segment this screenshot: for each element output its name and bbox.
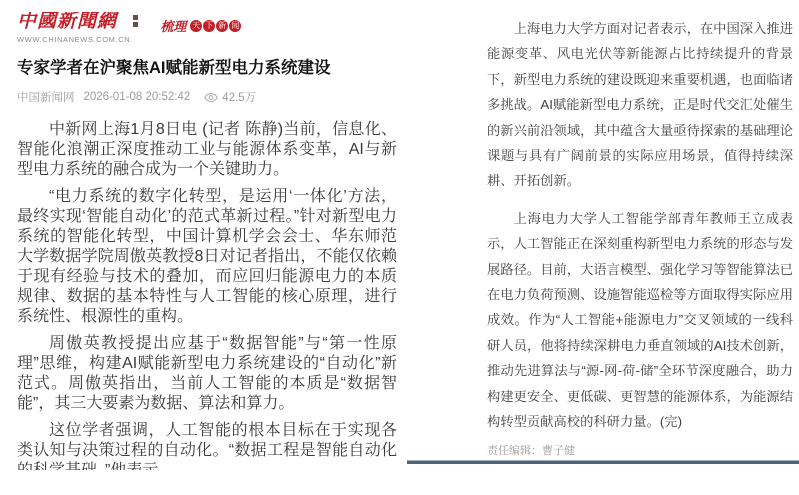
slogan-seal: 天 [190, 20, 202, 32]
article-paragraph: 上海电力大学方面对记者表示，在中国深入推进能源变革、风电光伏等新能源占比持续提升… [487, 16, 793, 194]
article-paragraph: 这位学者强调，人工智能的根本目标在于实现各类认知与决策过程的自动化。“数据工程是… [17, 421, 397, 470]
site-header: 中國新聞網 WWW.CHINANEWS.COM.CN 梳理 天下新闻 [17, 12, 397, 44]
eye-icon [204, 92, 218, 103]
article-title: 专家学者在沪聚焦AI赋能新型电力系统建设 [17, 57, 397, 79]
footer-divider [407, 460, 799, 464]
editor-credit: 责任编辑：曹子健 [487, 442, 575, 458]
view-count: 42.5万 [222, 89, 256, 105]
article-body-left: 中新网上海1月8日电 (记者 陈静)当前，信息化、智能化浪潮正深度推动工业与能源… [17, 120, 397, 470]
article-paragraph: 上海电力大学人工智能学部青年教师王立成表示，人工智能正在深刻重构新型电力系统的形… [487, 206, 793, 435]
slogan-seal-icons: 天下新闻 [190, 20, 241, 32]
article-paragraph: 周傲英教授提出应基于“数据智能”与“第一性原理”思维，构建AI赋能新型电力系统建… [17, 334, 397, 414]
article-left-column: 中國新聞網 WWW.CHINANEWS.COM.CN 梳理 天下新闻 专家学者在… [17, 12, 397, 470]
article-right-column: 上海电力大学方面对记者表示，在中国深入推进能源变革、风电光伏等新能源占比持续提升… [487, 16, 793, 447]
article-meta: 中国新闻网 2026-01-08 20:52:42 42.5万 [17, 89, 397, 105]
site-logo[interactable]: 中國新聞網 WWW.CHINANEWS.COM.CN [17, 12, 130, 44]
article-datetime: 2026-01-08 20:52:42 [84, 91, 191, 103]
page-canvas: 中國新聞網 WWW.CHINANEWS.COM.CN 梳理 天下新闻 专家学者在… [0, 0, 799, 495]
site-slogan: 梳理 天下新闻 [160, 16, 241, 35]
slogan-seal: 闻 [229, 20, 241, 32]
site-logo-url: WWW.CHINANEWS.COM.CN [17, 35, 130, 44]
article-paragraph: “电力系统的数字化转型，是运用‘一体化’方法，最终实现‘智能自动化’的范式革新过… [17, 187, 397, 327]
article-source: 中国新闻网 [17, 89, 75, 105]
article-paragraph: 中新网上海1月8日电 (记者 陈静)当前，信息化、智能化浪潮正深度推动工业与能源… [17, 120, 397, 180]
site-logo-text[interactable]: 中國新聞網 [17, 12, 130, 32]
slogan-prefix-text: 梳理 [160, 16, 186, 35]
slogan-seal: 下 [203, 20, 215, 32]
logo-mini-mark-icon [133, 15, 138, 27]
slogan-seal: 新 [216, 20, 228, 32]
